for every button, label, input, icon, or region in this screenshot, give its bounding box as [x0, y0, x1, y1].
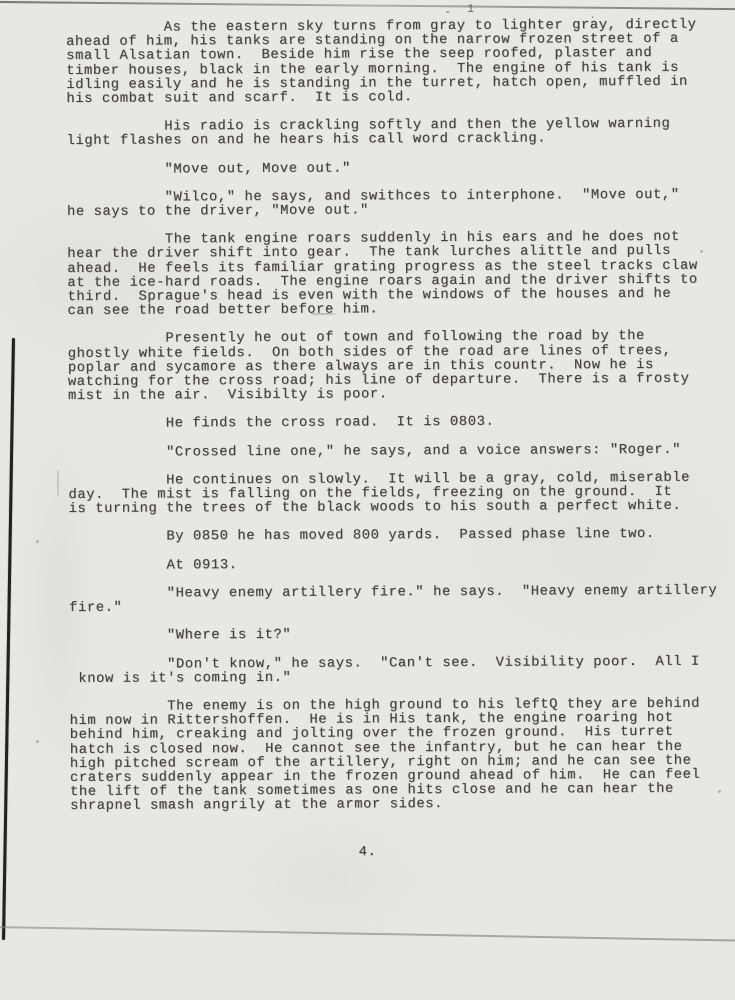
stray-mark-dash: - [444, 5, 451, 19]
scan-crease-line [0, 926, 735, 942]
paragraph: By 0850 he has moved 800 yards. Passed p… [69, 528, 720, 546]
page-number: 4. [0, 845, 735, 860]
paragraph: "Don't know," he says. "Can't see. Visib… [69, 655, 720, 687]
stray-mark-one: 1 [467, 2, 474, 16]
paragraph: "Crossed line one," he says, and a voice… [68, 443, 719, 461]
paragraph: Presently he out of town and following t… [68, 330, 719, 404]
scan-smudge [57, 470, 59, 496]
paragraph: "Where is it?" [69, 627, 720, 645]
scan-speck [36, 740, 39, 743]
typewritten-text-block: As the eastern sky turns from gray to li… [66, 19, 721, 829]
paragraph: He continues on slowly. It will be a gra… [68, 471, 719, 517]
paragraph: "Wilco," he says, and swithces to interp… [67, 188, 718, 220]
paragraph: As the eastern sky turns from gray to li… [66, 19, 717, 108]
scan-top-edge-line [0, 1, 735, 10]
scanned-typewritten-page: - 1 . As the eastern sky turns from gray… [0, 0, 735, 1000]
scan-speck [36, 540, 39, 543]
paragraph: "Move out, Move out." [67, 160, 718, 178]
paragraph: The enemy is on the high ground to his l… [70, 697, 722, 814]
paragraph: At 0913. [69, 556, 720, 574]
paragraph: His radio is crackling softly and then t… [67, 118, 718, 150]
paragraph: "Heavy enemy artillery fire." he says. "… [69, 584, 720, 616]
paragraph: The tank engine roars suddenly in his ea… [67, 231, 718, 320]
paragraph: He finds the cross road. It is 0803. [68, 415, 719, 433]
